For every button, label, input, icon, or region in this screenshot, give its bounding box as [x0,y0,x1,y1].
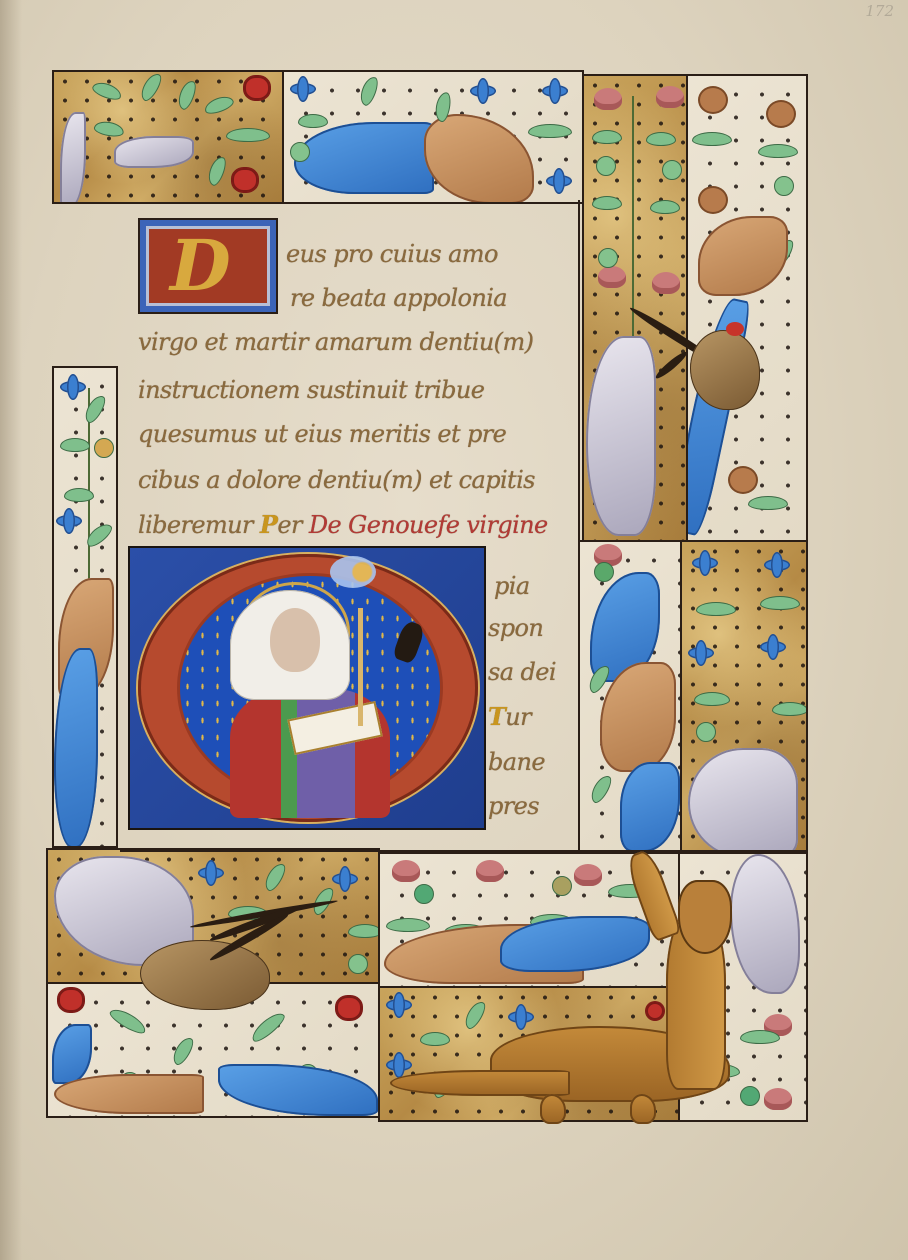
text-line-5: quesumus ut eius meritis et pre [138,420,506,448]
text-line-7-word: liberemur [138,511,253,539]
border-panel-right-middle-inner [578,540,682,852]
border-panel-right-middle-outer [680,540,808,852]
candle [358,608,363,726]
rubric-heading: De Genouefe virgine [309,511,548,539]
text-line-7: liberemur Per De Genouefe virgine [138,510,548,539]
text-line-1: eus pro cuius amo [286,240,498,268]
text-line-2: re beata appolonia [290,284,507,312]
fruit [698,86,728,114]
column-line-2: spon [488,614,543,642]
long-beaked-bird [140,900,340,1030]
column-line-4: Tur [488,702,531,731]
column-line-3: sa dei [488,658,556,686]
folio-number: 172 [865,2,894,20]
pink-flower [594,88,622,110]
decorated-initial-d: D [138,218,278,314]
historiated-initial-o-miniature [128,546,486,830]
saint-face [270,608,320,672]
goldfinch-bird [630,290,770,420]
text-line-4: instructionem sustinuit tribue [138,376,484,404]
text-line-6: cibus a dolore dentiu(m) et capitis [138,466,535,494]
column-line-1: pia [494,572,530,600]
border-panel-top-left [52,70,284,204]
gold-capital: P [260,510,277,539]
page-gutter-shadow [0,0,22,1260]
text-line-3: virgo et martir amarum dentiu(m) [138,328,533,356]
angel [330,556,376,588]
bearded-face [678,880,732,954]
border-panel-top-middle [282,70,584,204]
red-flower [244,76,270,100]
initial-letter: D [170,228,231,304]
human-headed-dragon-grotesque [390,840,750,1130]
column-line-5: bane [488,748,545,776]
blue-flower [290,76,316,102]
column-line-6: pres [488,792,539,820]
border-panel-left-column [52,366,118,848]
